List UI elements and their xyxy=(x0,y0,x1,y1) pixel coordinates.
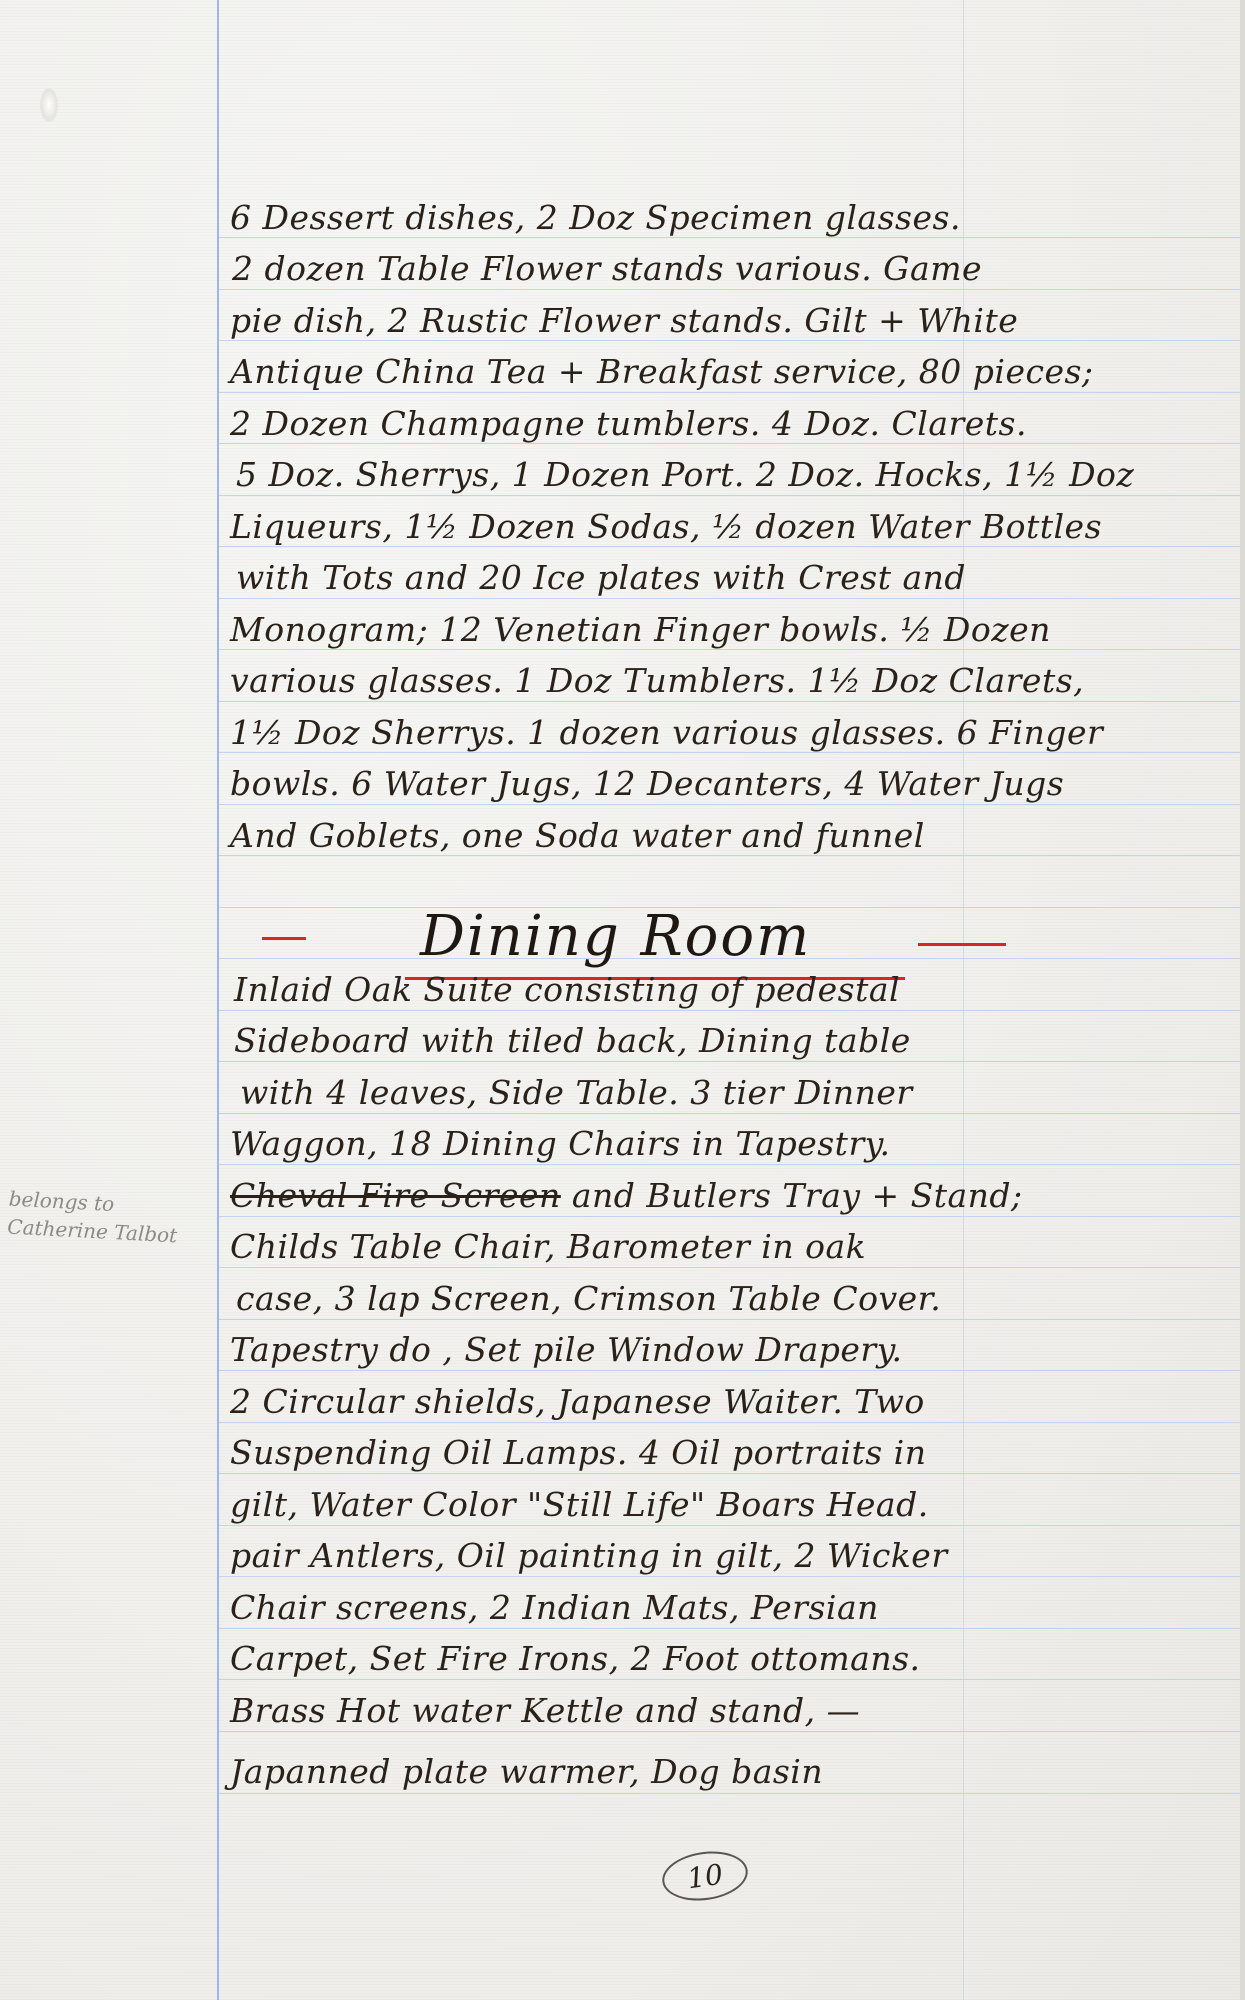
text-line: 6 Dessert dishes, 2 Doz Specimen glasses… xyxy=(230,198,1230,238)
text-line: Liqueurs, 1½ Dozen Sodas, ½ dozen Water … xyxy=(230,507,1230,547)
ruled-line xyxy=(219,1793,1240,1794)
ruled-line xyxy=(219,1267,1240,1268)
text-line: pie dish, 2 Rustic Flower stands. Gilt +… xyxy=(230,301,1230,341)
text-line: gilt, Water Color "Still Life" Boars Hea… xyxy=(230,1485,1230,1525)
ruled-line xyxy=(219,701,1240,702)
text-line-with-strikethrough: Cheval Fire Screen and Butlers Tray + St… xyxy=(230,1176,1230,1216)
red-title-dash-right xyxy=(918,943,1006,946)
text-line: with Tots and 20 Ice plates with Crest a… xyxy=(236,558,1236,598)
text-line: with 4 leaves, Side Table. 3 tier Dinner xyxy=(240,1073,1240,1113)
text-line: Suspending Oil Lamps. 4 Oil portraits in xyxy=(230,1433,1230,1473)
ruled-line xyxy=(219,598,1240,599)
red-title-dash-left xyxy=(262,937,306,940)
text-line: Childs Table Chair, Barometer in oak xyxy=(230,1227,1230,1267)
text-line: 2 Dozen Champagne tumblers. 4 Doz. Clare… xyxy=(230,404,1230,444)
text-line: case, 3 lap Screen, Crimson Table Cover. xyxy=(236,1279,1236,1319)
ruled-line xyxy=(219,1731,1240,1732)
page-number-text: 10 xyxy=(685,1857,725,1895)
ruled-line xyxy=(219,1679,1240,1680)
ruled-line xyxy=(219,1113,1240,1114)
page-number-circled: 10 xyxy=(659,1846,751,1906)
pencil-margin-note: belongs to Catherine Talbot xyxy=(7,1185,220,1252)
text-line: Carpet, Set Fire Irons, 2 Foot ottomans. xyxy=(230,1639,1230,1679)
text-line: Waggon, 18 Dining Chairs in Tapestry. xyxy=(230,1124,1230,1164)
margin-rule-line xyxy=(217,0,219,2000)
ruled-line xyxy=(219,392,1240,393)
text-line: pair Antlers, Oil painting in gilt, 2 Wi… xyxy=(230,1536,1230,1576)
text-line: 1½ Doz Sherrys. 1 dozen various glasses.… xyxy=(230,713,1230,753)
section-title: Dining Room xyxy=(420,905,811,969)
ruled-line xyxy=(219,1164,1240,1165)
text-line: Monogram; 12 Venetian Finger bowls. ½ Do… xyxy=(230,610,1230,650)
ruled-line xyxy=(219,1628,1240,1629)
paper-blemish xyxy=(40,88,58,122)
text-line: 2 Circular shields, Japanese Waiter. Two xyxy=(230,1382,1230,1422)
ruled-line xyxy=(219,1061,1240,1062)
text-line: Inlaid Oak Suite consisting of pedestal xyxy=(234,970,1234,1010)
text-line: various glasses. 1 Doz Tumblers. 1½ Doz … xyxy=(230,661,1230,701)
ledger-page: 6 Dessert dishes, 2 Doz Specimen glasses… xyxy=(0,0,1245,2000)
text-line: Chair screens, 2 Indian Mats, Persian xyxy=(230,1588,1230,1628)
text-line: Tapestry do , Set pile Window Drapery. xyxy=(230,1330,1230,1370)
text-line: And Goblets, one Soda water and funnel xyxy=(230,816,1230,856)
text-line: Sideboard with tiled back, Dining table xyxy=(234,1021,1234,1061)
ruled-line xyxy=(219,1370,1240,1371)
ruled-line xyxy=(219,1319,1240,1320)
ruled-line xyxy=(219,1010,1240,1011)
text-line: Antique China Tea + Breakfast service, 8… xyxy=(230,352,1230,392)
text-line: 5 Doz. Sherrys, 1 Dozen Port. 2 Doz. Hoc… xyxy=(236,455,1236,495)
ruled-line xyxy=(219,1576,1240,1577)
text-line: Japanned plate warmer, Dog basin xyxy=(230,1752,1230,1792)
ruled-line xyxy=(219,495,1240,496)
ruled-line xyxy=(219,1525,1240,1526)
struck-text: Cheval Fire Screen xyxy=(230,1176,561,1215)
ruled-line xyxy=(219,1216,1240,1217)
text-line: bowls. 6 Water Jugs, 12 Decanters, 4 Wat… xyxy=(230,764,1230,804)
ruled-line xyxy=(219,289,1240,290)
text: and Butlers Tray + Stand; xyxy=(561,1176,1023,1215)
ruled-line xyxy=(219,804,1240,805)
ruled-line xyxy=(219,1473,1240,1474)
text-line: 2 dozen Table Flower stands various. Gam… xyxy=(232,249,1232,289)
text-line: Brass Hot water Kettle and stand, — xyxy=(230,1691,1230,1731)
ruled-line xyxy=(219,1422,1240,1423)
